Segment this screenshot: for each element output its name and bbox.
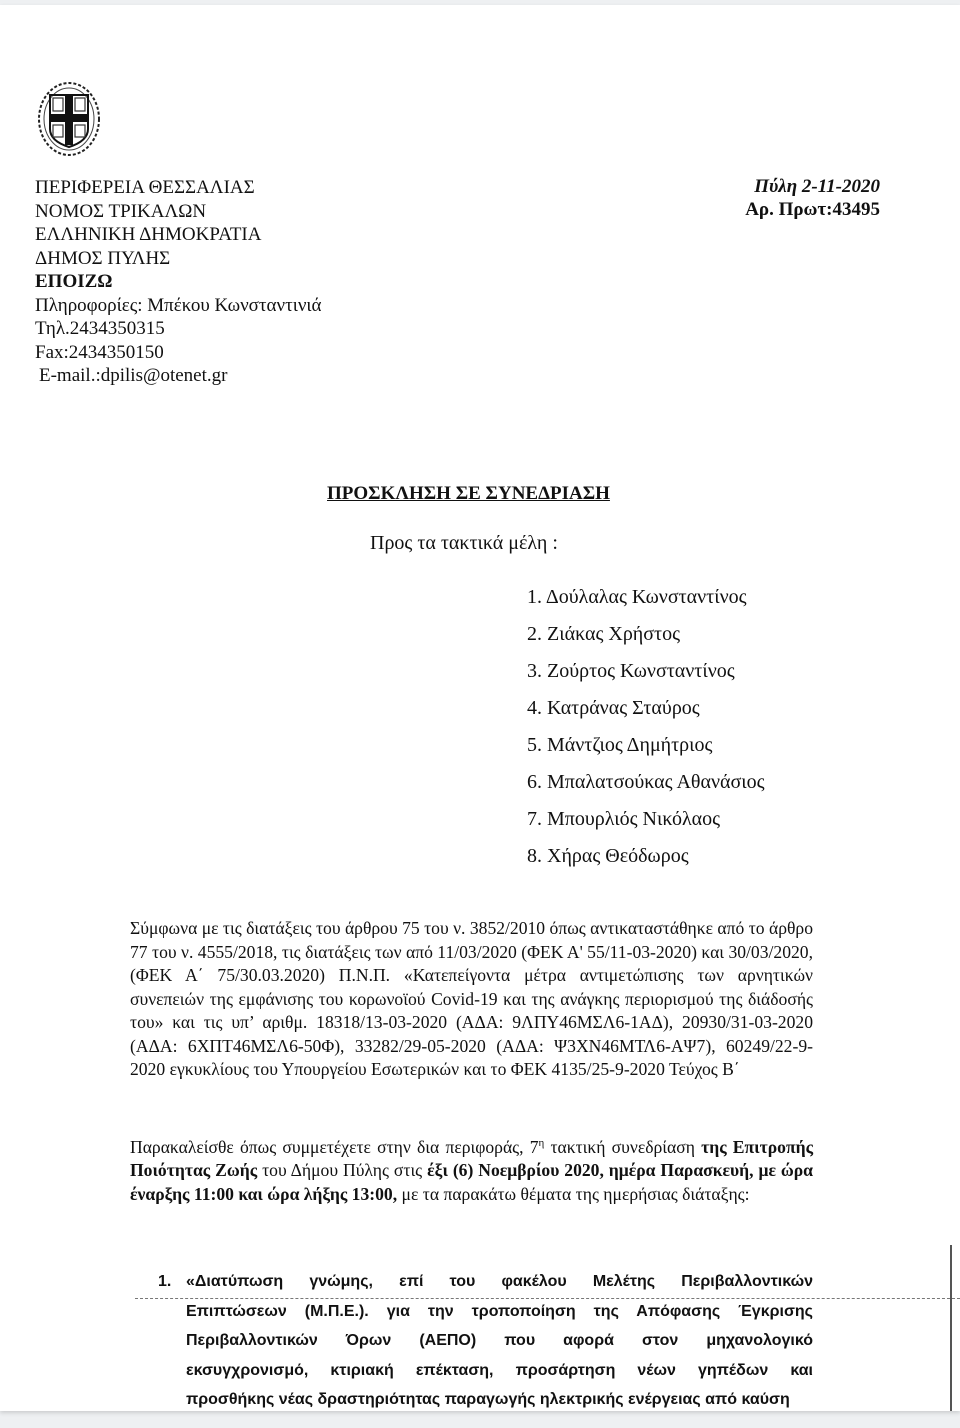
page-edge-rule bbox=[950, 1245, 952, 1411]
prefecture-line: ΝΟΜΟΣ ΤΡΙΚΑΛΩΝ bbox=[35, 200, 322, 224]
list-item: 8. Χήρας Θεόδωρος bbox=[527, 838, 765, 875]
recipients-label: Προς τα τακτικά μέλη : bbox=[370, 532, 558, 555]
list-item: 5. Μάντζιος Δημήτριος bbox=[527, 727, 765, 764]
list-item: 4. Κατράνας Σταύρος bbox=[527, 690, 765, 727]
date-protocol-block: Πύλη 2-11-2020 Αρ. Πρωτ:43495 bbox=[728, 175, 880, 221]
sender-block: ΠΕΡΙΦΕΡΕΙΑ ΘΕΣΣΑΛΙΑΣ ΝΟΜΟΣ ΤΡΙΚΑΛΩΝ ΕΛΛΗ… bbox=[35, 176, 322, 388]
list-item: 1. Δούλαλας Κωνσταντίνος bbox=[527, 579, 765, 616]
document-page: ΠΕΡΙΦΕΡΕΙΑ ΘΕΣΣΑΛΙΑΣ ΝΟΜΟΣ ΤΡΙΚΑΛΩΝ ΕΛΛΗ… bbox=[0, 5, 960, 1411]
fax-line: Fax:2434350150 bbox=[35, 341, 322, 365]
municipality-line: ΔΗΜΟΣ ΠΥΛΗΣ bbox=[35, 247, 322, 271]
document-title: ΠΡΟΣΚΛΗΣΗ ΣΕ ΣΥΝΕΔΡΙΑΣΗ bbox=[327, 483, 610, 505]
agenda-number: 1. bbox=[158, 1267, 171, 1297]
greek-coat-of-arms-icon bbox=[34, 79, 104, 159]
region-line: ΠΕΡΙΦΕΡΕΙΑ ΘΕΣΣΑΛΙΑΣ bbox=[35, 176, 322, 200]
phone-line: Τηλ.2434350315 bbox=[35, 317, 322, 341]
email-line: E-mail.:dpilis@otenet.gr bbox=[35, 364, 322, 388]
document-date: Πύλη 2-11-2020 bbox=[728, 175, 880, 198]
info-line: Πληροφορίες: Μπέκου Κωνσταντινιά bbox=[35, 294, 322, 318]
list-item: 3. Ζούρτος Κωνσταντίνος bbox=[527, 653, 765, 690]
agenda-item: 1. «Διατύπωση γνώμης, επί του φακέλου Με… bbox=[158, 1267, 813, 1411]
invitation-paragraph: Παρακαλείσθε όπως συμμετέχετε στην δια π… bbox=[130, 1132, 813, 1206]
legal-basis-paragraph: Σύμφωνα με τις διατάξεις του άρθρου 75 τ… bbox=[130, 917, 813, 1082]
list-item: 6. Μπαλατσούκας Αθανάσιος bbox=[527, 764, 765, 801]
list-item: 7. Μπουρλιός Νικόλαος bbox=[527, 801, 765, 838]
department-line: ΕΠΟΙΖΩ bbox=[35, 270, 322, 294]
members-list: 1. Δούλαλας Κωνσταντίνος 2. Ζιάκας Χρήστ… bbox=[527, 579, 765, 875]
list-item: 2. Ζιάκας Χρήστος bbox=[527, 616, 765, 653]
country-line: ΕΛΛΗΝΙΚΗ ΔΗΜΟΚΡΑΤΙΑ bbox=[35, 223, 322, 247]
protocol-number: Αρ. Πρωτ:43495 bbox=[728, 198, 880, 221]
